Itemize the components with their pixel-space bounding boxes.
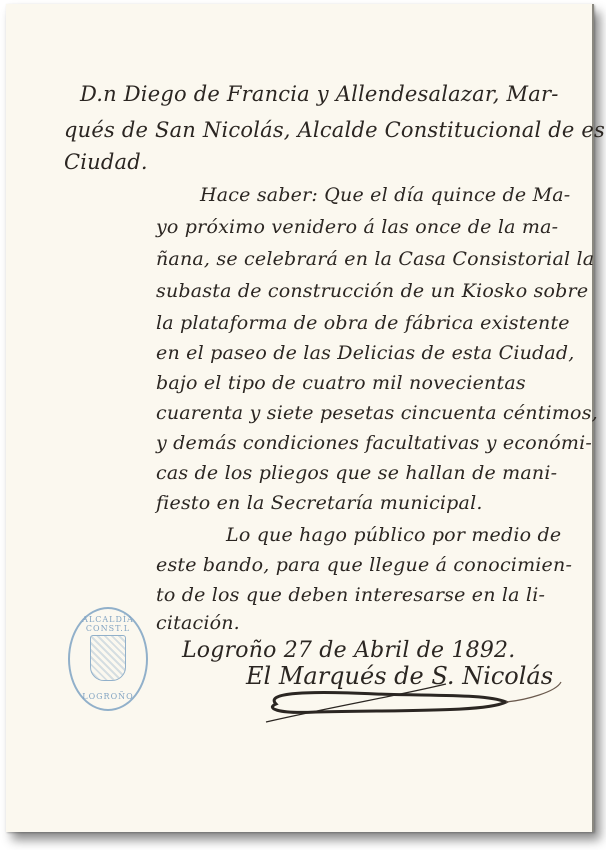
body-line-8: cuarenta y siete pesetas cincuenta cénti… [156,402,598,424]
place-date: Logroño 27 de Abril de 1892. [182,638,515,663]
heading-line-1: D.n Diego de Francia y Allendesalazar, M… [80,82,559,106]
closing-line-1: Lo que hago público por medio de [226,524,561,546]
body-line-11: fiesto en la Secretaría municipal. [156,492,483,514]
body-line-10: cas de los pliegos que se hallan de mani… [156,462,557,484]
body-line-6: en el paseo de las Delicias de esta Ciud… [156,342,575,364]
closing-line-2: este bando, para que llegue á conocimien… [156,554,572,576]
body-line-1: Hace saber: Que el día quince de Ma- [200,184,570,206]
municipal-seal: ALCALDÍA CONST.L LOGROÑO [68,607,148,711]
coat-of-arms-icon [90,635,126,681]
document-page: D.n Diego de Francia y Allendesalazar, M… [6,4,594,832]
body-line-4: subasta de construcción de un Kiosko sob… [156,280,588,302]
closing-line-4: citación. [156,612,240,634]
body-line-7: bajo el tipo de cuatro mil novecientas [156,372,526,394]
body-line-5: la plataforma de obra de fábrica existen… [156,312,570,334]
seal-bottom-text: LOGROÑO [70,692,146,701]
body-line-3: ñana, se celebrará en la Casa Consistori… [156,248,594,270]
signature-flourish-icon [256,676,566,726]
closing-line-3: to de los que deben interesarse en la li… [156,584,545,606]
body-line-9: y demás condiciones facultativas y econó… [156,432,592,454]
seal-top-text: ALCALDÍA CONST.L [70,615,146,633]
heading-line-3: Ciudad. [64,150,148,174]
heading-line-2: qués de San Nicolás, Alcalde Constitucio… [64,118,606,142]
body-line-2: yo próximo venidero á las once de la ma- [156,216,558,238]
